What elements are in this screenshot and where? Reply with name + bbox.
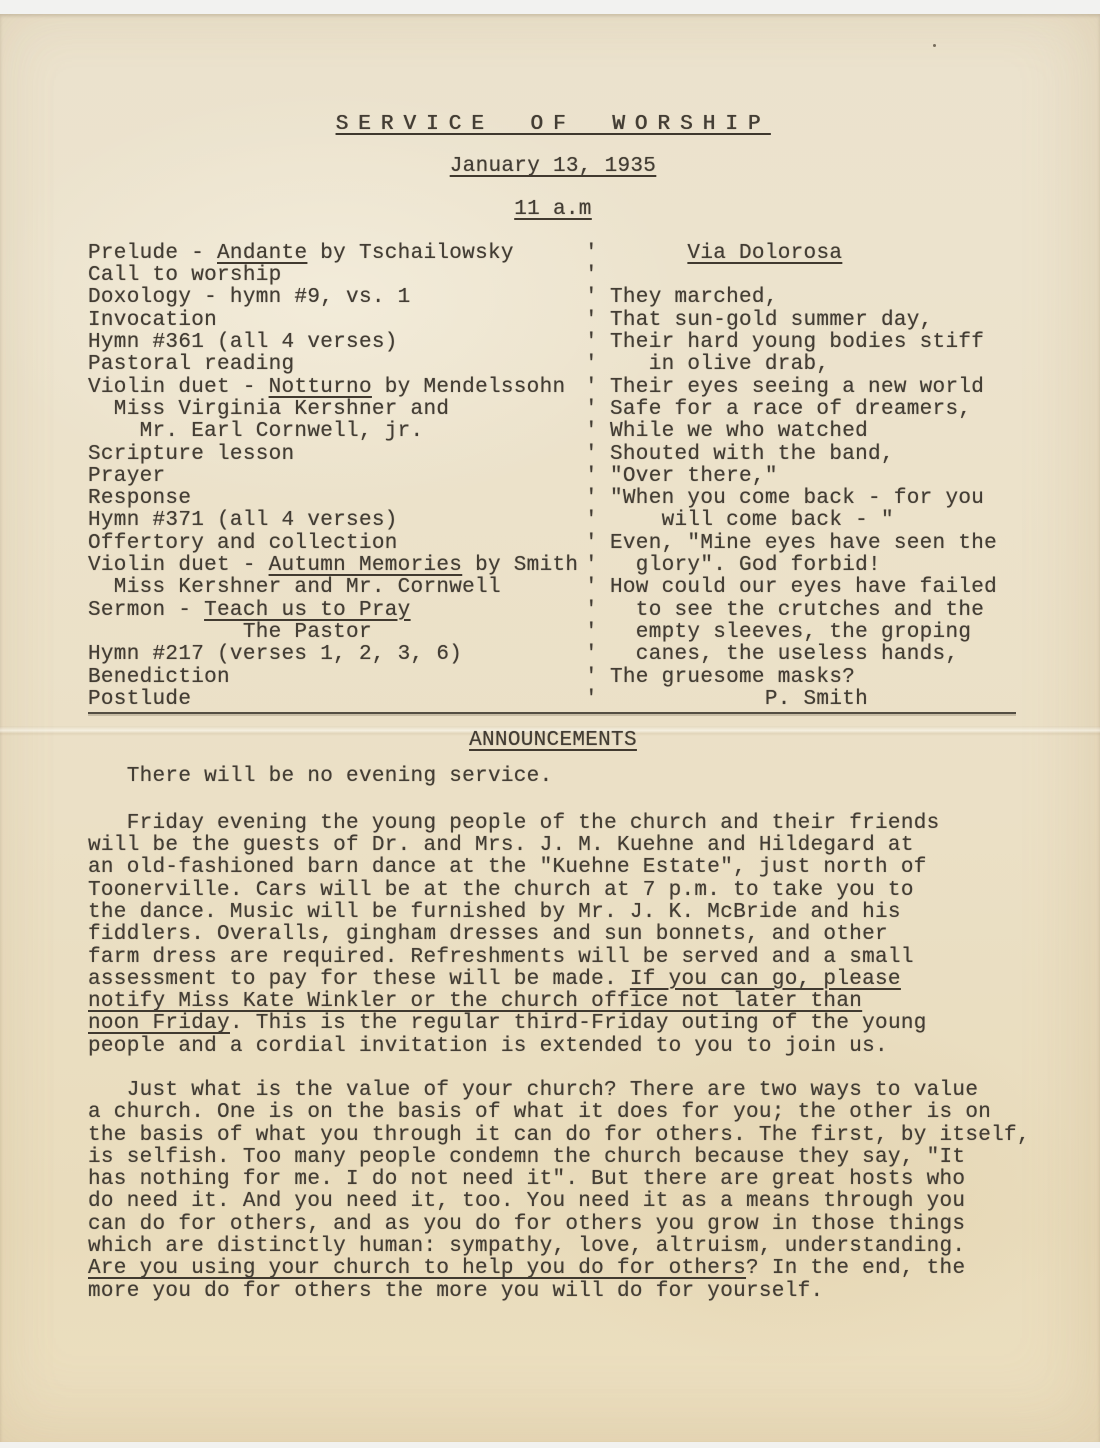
poem-line: Their eyes seeing a new world [610, 377, 1016, 399]
poem-line: Their hard young bodies stiff [610, 332, 1016, 354]
program-row: Miss Virginia Kershner and'Safe for a ra… [88, 399, 1016, 421]
text-segment: do need it. And you need it, too. You ne… [88, 1190, 965, 1213]
text-segment: Prayer [88, 465, 165, 488]
text-segment: has nothing for me. I do not need it". B… [88, 1168, 965, 1191]
underlined-text: Autumn Memories [269, 554, 463, 577]
announcement-paragraph: Just what is the value of your church? T… [88, 1080, 1018, 1303]
order-of-service-line: Sermon - Teach us to Pray [88, 600, 585, 622]
text-segment: is selfish. Too many people condemn the … [88, 1146, 965, 1169]
order-of-service-line: Postlude [88, 689, 585, 711]
service-date-text: January 13, 1935 [450, 155, 656, 178]
underlined-text: If you can go, please [630, 968, 901, 991]
apostrophe-separator: ' [585, 533, 610, 555]
poem-line: in olive drab, [610, 354, 1016, 376]
poem-line: empty sleeves, the groping [610, 622, 1016, 644]
order-of-service-line: Violin duet - Autumn Memories by Smith [88, 555, 585, 577]
text-segment: to see the crutches and the [610, 599, 984, 622]
text-segment: Miss Virginia Kershner and [88, 398, 449, 421]
program-row: Hymn #371 (all 4 verses)' will come back… [88, 510, 1016, 532]
apostrophe-separator: ' [585, 466, 610, 488]
order-of-service-and-poem: Prelude - Andante by Tschailowsky' Via D… [88, 243, 1016, 714]
text-segment: Violin duet - [88, 376, 269, 399]
text-segment: which are distinctly human: sympathy, lo… [88, 1235, 965, 1258]
text-segment: by Tschailowsky [307, 242, 513, 265]
order-of-service-line: Doxology - hymn #9, vs. 1 [88, 287, 585, 309]
apostrophe-separator: ' [585, 377, 610, 399]
paragraph-line: the basis of what you through it can do … [88, 1125, 1018, 1147]
paragraph-line: noon Friday. This is the regular third-F… [88, 1013, 1018, 1035]
text-segment: Benediction [88, 666, 230, 689]
text-segment: by Mendelssohn [372, 376, 566, 399]
program-row: Call to worship' [88, 265, 1016, 287]
text-segment: in olive drab, [610, 353, 829, 376]
order-of-service-line: Prayer [88, 466, 585, 488]
paragraph-line: which are distinctly human: sympathy, lo… [88, 1236, 1018, 1258]
document-content: SERVICE OF WORSHIP January 13, 1935 11 a… [88, 14, 1018, 1303]
underlined-text: Are you using your church to help you do… [88, 1257, 746, 1280]
order-of-service-line: Prelude - Andante by Tschailowsky [88, 243, 585, 265]
text-segment: Hymn #371 (all 4 verses) [88, 509, 398, 532]
apostrophe-separator: ' [585, 488, 610, 510]
underlined-text: Notturno [269, 376, 372, 399]
text-segment: "When you come back - for you [610, 487, 984, 510]
text-segment: They marched, [610, 286, 778, 309]
order-of-service-line: Pastoral reading [88, 354, 585, 376]
paragraph-line: farm dress are required. Refreshments wi… [88, 947, 1018, 969]
text-segment: How could our eyes have failed [610, 576, 997, 599]
program-row: The Pastor' empty sleeves, the groping [88, 622, 1016, 644]
text-segment: Pastoral reading [88, 353, 294, 376]
paragraph-line: will be the guests of Dr. and Mrs. J. M.… [88, 835, 1018, 857]
poem-line: Even, "Mine eyes have seen the [610, 533, 1016, 555]
apostrophe-separator: ' [585, 644, 610, 666]
poem-line: They marched, [610, 287, 1016, 309]
apostrophe-separator: ' [585, 421, 610, 443]
paragraph-line: a church. One is on the basis of what it… [88, 1102, 1018, 1124]
poem-line: "Over there," [610, 466, 1016, 488]
order-of-service-line: Call to worship [88, 265, 585, 287]
text-segment: While we who watched [610, 420, 868, 443]
program-row: Hymn #361 (all 4 verses)'Their hard youn… [88, 332, 1016, 354]
order-of-service-line: Hymn #217 (verses 1, 2, 3, 6) [88, 644, 585, 666]
program-row: Hymn #217 (verses 1, 2, 3, 6)' canes, th… [88, 644, 1016, 666]
order-of-service-line: Hymn #361 (all 4 verses) [88, 332, 585, 354]
program-row: Benediction'The gruesome masks? [88, 667, 1016, 689]
paragraph-line: notify Miss Kate Winkler or the church o… [88, 991, 1018, 1013]
text-segment: assessment to pay for these will be made… [88, 968, 630, 991]
text-segment: Miss Kershner and Mr. Cornwell [88, 576, 501, 599]
text-segment: Mr. Earl Cornwell, jr. [88, 420, 423, 443]
order-of-service-line: Mr. Earl Cornwell, jr. [88, 421, 585, 443]
program-row: Invocation'That sun-gold summer day, [88, 310, 1016, 332]
text-segment: Scripture lesson [88, 443, 294, 466]
text-segment: There will be no evening service. [88, 765, 552, 788]
poem-line: canes, the useless hands, [610, 644, 1016, 666]
order-of-service-line: Hymn #371 (all 4 verses) [88, 510, 585, 532]
order-of-service-line: Response [88, 488, 585, 510]
apostrophe-separator: ' [585, 444, 610, 466]
text-segment: Sermon - [88, 599, 204, 622]
order-of-service-line: Invocation [88, 310, 585, 332]
page-title-text: SERVICE OF WORSHIP [336, 113, 771, 136]
order-of-service-line: Scripture lesson [88, 444, 585, 466]
poem-line: That sun-gold summer day, [610, 310, 1016, 332]
poem-line: Safe for a race of dreamers, [610, 399, 1016, 421]
program-row: Pastoral reading' in olive drab, [88, 354, 1016, 376]
text-segment: can do for others, and as you do for oth… [88, 1213, 965, 1236]
program-row: Offertory and collection'Even, "Mine eye… [88, 533, 1016, 555]
paragraph-line: fiddlers. Overalls, gingham dresses and … [88, 924, 1018, 946]
order-of-service-line: Violin duet - Notturno by Mendelssohn [88, 377, 585, 399]
text-segment: Invocation [88, 309, 217, 332]
underlined-text: Teach us to Pray [204, 599, 410, 622]
text-segment: Offertory and collection [88, 532, 398, 555]
paragraph-line: assessment to pay for these will be made… [88, 969, 1018, 991]
text-segment: by Smith [462, 554, 578, 577]
text-segment: a church. One is on the basis of what it… [88, 1101, 991, 1124]
text-segment: people and a cordial invitation is exten… [88, 1035, 888, 1058]
text-segment: The gruesome masks? [610, 666, 855, 689]
text-segment: Safe for a race of dreamers, [610, 398, 971, 421]
program-row: Violin duet - Autumn Memories by Smith' … [88, 555, 1016, 577]
text-segment: Toonerville. Cars will be at the church … [88, 879, 914, 902]
text-segment: Call to worship [88, 264, 282, 287]
apostrophe-separator: ' [585, 510, 610, 532]
apostrophe-separator: ' [585, 689, 610, 711]
text-segment: Postlude [88, 688, 191, 711]
apostrophe-separator: ' [585, 310, 610, 332]
text-segment: . This is the regular third-Friday outin… [230, 1012, 927, 1035]
text-segment: more you do for others the more you will… [88, 1280, 823, 1303]
text-segment: glory". God forbid! [610, 554, 881, 577]
text-segment: Hymn #361 (all 4 verses) [88, 331, 398, 354]
text-segment: will be the guests of Dr. and Mrs. J. M.… [88, 834, 914, 857]
paragraph-line: Toonerville. Cars will be at the church … [88, 880, 1018, 902]
text-segment: P. Smith [610, 688, 868, 711]
program-row: Prelude - Andante by Tschailowsky' Via D… [88, 243, 1016, 265]
text-segment: the basis of what you through it can do … [88, 1124, 1030, 1147]
paragraph-line: do need it. And you need it, too. You ne… [88, 1191, 1018, 1213]
underlined-text: notify Miss Kate Winkler or the church o… [88, 990, 862, 1013]
order-of-service-line: Benediction [88, 667, 585, 689]
page-title: SERVICE OF WORSHIP [88, 114, 1018, 136]
program-row: Response'"When you come back - for you [88, 488, 1016, 510]
apostrophe-separator: ' [585, 354, 610, 376]
apostrophe-separator: ' [585, 577, 610, 599]
text-segment: Just what is the value of your church? T… [88, 1079, 978, 1102]
apostrophe-separator: ' [585, 600, 610, 622]
text-segment: Friday evening the young people of the c… [88, 812, 940, 835]
poem-line [610, 265, 1016, 287]
order-of-service-line: Miss Kershner and Mr. Cornwell [88, 577, 585, 599]
program-row: Mr. Earl Cornwell, jr.'While we who watc… [88, 421, 1016, 443]
underlined-text: Via Dolorosa [687, 242, 842, 265]
announcements-heading-text: ANNOUNCEMENTS [469, 729, 637, 752]
poem-line: Via Dolorosa [610, 243, 1016, 265]
text-segment: The Pastor [88, 621, 372, 644]
apostrophe-separator: ' [585, 243, 610, 265]
service-date: January 13, 1935 [88, 156, 1018, 178]
text-segment: Violin duet - [88, 554, 269, 577]
program-row: Sermon - Teach us to Pray' to see the cr… [88, 600, 1016, 622]
paragraph-line: more you do for others the more you will… [88, 1281, 1018, 1303]
apostrophe-separator: ' [585, 287, 610, 309]
poem-line: How could our eyes have failed [610, 577, 1016, 599]
text-segment: Their eyes seeing a new world [610, 376, 984, 399]
program-row: Postlude' P. Smith [88, 689, 1016, 711]
order-of-service-line: The Pastor [88, 622, 585, 644]
paragraph-line: There will be no evening service. [88, 766, 1018, 788]
apostrophe-separator: ' [585, 622, 610, 644]
underlined-text: Andante [217, 242, 307, 265]
text-segment: will come back - " [610, 509, 894, 532]
paragraph-line: is selfish. Too many people condemn the … [88, 1147, 1018, 1169]
text-segment: Hymn #217 (verses 1, 2, 3, 6) [88, 643, 462, 666]
text-segment: Shouted with the band, [610, 443, 894, 466]
text-segment: canes, the useless hands, [610, 643, 958, 666]
apostrophe-separator: ' [585, 555, 610, 577]
poem-line: glory". God forbid! [610, 555, 1016, 577]
announcement-paragraph: Friday evening the young people of the c… [88, 813, 1018, 1058]
text-segment: fiddlers. Overalls, gingham dresses and … [88, 923, 888, 946]
order-of-service-line: Offertory and collection [88, 533, 585, 555]
text-segment: "Over there," [610, 465, 778, 488]
poem-line: Shouted with the band, [610, 444, 1016, 466]
text-segment: Response [88, 487, 191, 510]
text-segment: That sun-gold summer day, [610, 309, 933, 332]
text-segment: Prelude - [88, 242, 217, 265]
poem-line: The gruesome masks? [610, 667, 1016, 689]
apostrophe-separator: ' [585, 265, 610, 287]
poem-line: P. Smith [610, 689, 1016, 711]
underlined-text: noon Friday [88, 1012, 230, 1035]
apostrophe-separator: ' [585, 667, 610, 689]
order-of-service-line: Miss Virginia Kershner and [88, 399, 585, 421]
paragraph-line: Friday evening the young people of the c… [88, 813, 1018, 835]
apostrophe-separator: ' [585, 399, 610, 421]
text-segment: Even, "Mine eyes have seen the [610, 532, 997, 555]
announcement-paragraph: There will be no evening service. [88, 766, 1018, 788]
paragraph-line: people and a cordial invitation is exten… [88, 1036, 1018, 1058]
text-segment: farm dress are required. Refreshments wi… [88, 946, 914, 969]
poem-line: to see the crutches and the [610, 600, 1016, 622]
paragraph-line: Just what is the value of your church? T… [88, 1080, 1018, 1102]
text-segment: ? In the end, the [746, 1257, 965, 1280]
text-segment: the dance. Music will be furnished by Mr… [88, 901, 901, 924]
apostrophe-separator: ' [585, 332, 610, 354]
paragraph-line: an old-fashioned barn dance at the "Kueh… [88, 857, 1018, 879]
poem-line: While we who watched [610, 421, 1016, 443]
program-row: Violin duet - Notturno by Mendelssohn'Th… [88, 377, 1016, 399]
program-row: Prayer'"Over there," [88, 466, 1016, 488]
program-row: Doxology - hymn #9, vs. 1'They marched, [88, 287, 1016, 309]
paragraph-line: can do for others, and as you do for oth… [88, 1214, 1018, 1236]
poem-line: will come back - " [610, 510, 1016, 532]
program-row: Miss Kershner and Mr. Cornwell'How could… [88, 577, 1016, 599]
text-segment: Their hard young bodies stiff [610, 331, 984, 354]
program-row: Scripture lesson'Shouted with the band, [88, 444, 1016, 466]
poem-line: "When you come back - for you [610, 488, 1016, 510]
scanned-paper-page: SERVICE OF WORSHIP January 13, 1935 11 a… [0, 14, 1100, 1442]
announcements-heading: ANNOUNCEMENTS [88, 730, 1018, 752]
text-segment: empty sleeves, the groping [610, 621, 971, 644]
announcements-body: There will be no evening service. Friday… [88, 766, 1018, 1303]
text-segment: Doxology - hymn #9, vs. 1 [88, 286, 411, 309]
paragraph-line: has nothing for me. I do not need it". B… [88, 1169, 1018, 1191]
paragraph-line: Are you using your church to help you do… [88, 1258, 1018, 1280]
text-segment [610, 242, 687, 265]
service-time: 11 a.m [88, 199, 1018, 221]
paragraph-line: the dance. Music will be furnished by Mr… [88, 902, 1018, 924]
service-time-text: 11 a.m [514, 198, 591, 221]
text-segment: an old-fashioned barn dance at the "Kueh… [88, 856, 927, 879]
